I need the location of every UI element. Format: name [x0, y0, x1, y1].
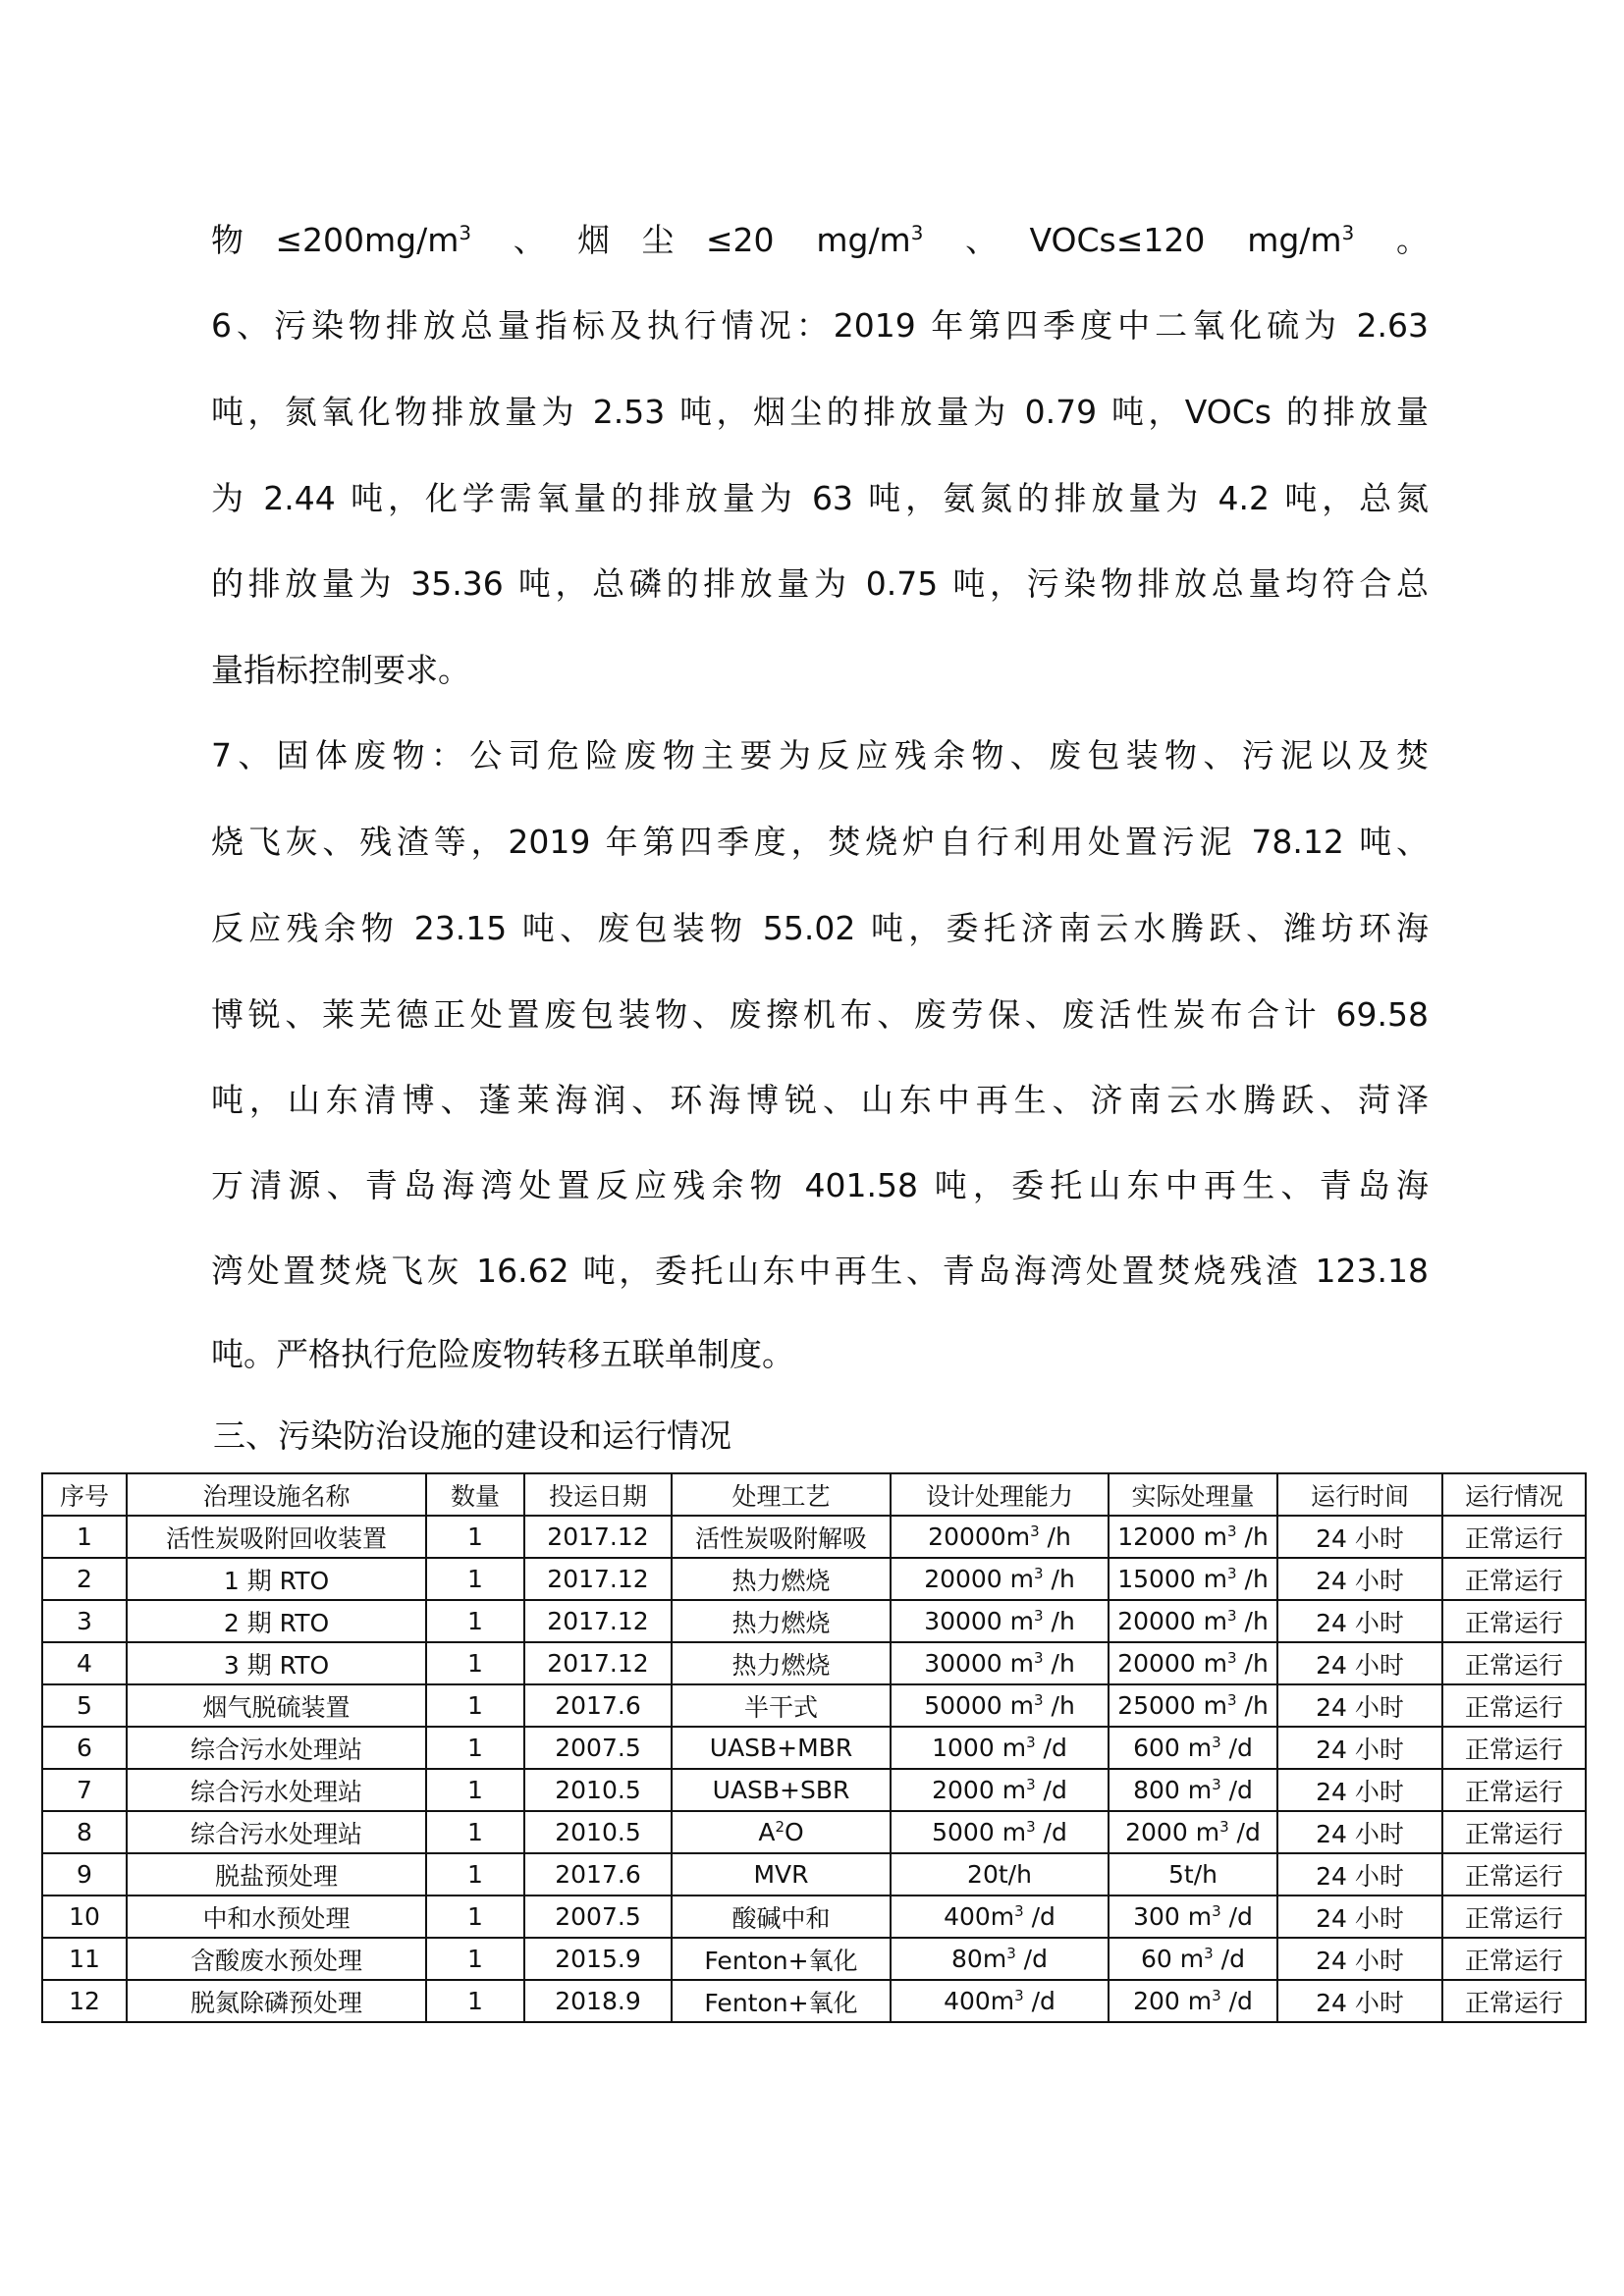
- cell-actual-throughput: 600 m3 /d: [1109, 1727, 1277, 1769]
- cell-quantity: 1: [426, 1642, 524, 1684]
- header-index: 序号: [42, 1473, 127, 1516]
- header-quantity: 数量: [426, 1473, 524, 1516]
- cell-process: Fenton+氧化: [672, 1938, 891, 1980]
- table-row: 6综合污水处理站12007.5UASB+MBR1000 m3 /d600 m3 …: [42, 1727, 1586, 1769]
- table-row: 7综合污水处理站12010.5UASB+SBR2000 m3 /d800 m3 …: [42, 1769, 1586, 1811]
- cell-quantity: 1: [426, 1769, 524, 1811]
- cell-status: 正常运行: [1442, 1558, 1586, 1600]
- header-commission-date: 投运日期: [524, 1473, 672, 1516]
- cell-status: 正常运行: [1442, 1853, 1586, 1896]
- table-row: 43 期 RTO12017.12热力燃烧30000 m3 /h20000 m3 …: [42, 1642, 1586, 1684]
- cell-status: 正常运行: [1442, 1727, 1586, 1769]
- cell-run-time: 24 小时: [1277, 1853, 1442, 1896]
- text-line: 为 2.44 吨，化学需氧量的排放量为 63 吨，氨氮的排放量为 4.2 吨，总…: [211, 469, 1429, 528]
- cell-process: MVR: [672, 1853, 891, 1896]
- cell-run-time: 24 小时: [1277, 1727, 1442, 1769]
- table-row: 5烟气脱硫装置12017.6半干式50000 m3 /h25000 m3 /h2…: [42, 1684, 1586, 1727]
- cell-process: 活性炭吸附解吸: [672, 1516, 891, 1558]
- cell-actual-throughput: 20000 m3 /h: [1109, 1600, 1277, 1642]
- cell-process: 酸碱中和: [672, 1896, 891, 1938]
- cell-commission-date: 2017.12: [524, 1516, 672, 1558]
- cell-process: UASB+SBR: [672, 1769, 891, 1811]
- cell-process: 热力燃烧: [672, 1558, 891, 1600]
- cell-commission-date: 2017.12: [524, 1558, 672, 1600]
- cell-commission-date: 2018.9: [524, 1980, 672, 2022]
- text-line: 的排放量为 35.36 吨，总磷的排放量为 0.75 吨，污染物排放总量均符合总: [211, 555, 1429, 614]
- cell-quantity: 1: [426, 1896, 524, 1938]
- table-row: 9脱盐预处理12017.6MVR20t/h5t/h24 小时正常运行: [42, 1853, 1586, 1896]
- cell-facility-name: 含酸废水预处理: [127, 1938, 426, 1980]
- table-row: 1活性炭吸附回收装置12017.12活性炭吸附解吸20000m3 /h12000…: [42, 1516, 1586, 1558]
- cell-quantity: 1: [426, 1811, 524, 1853]
- cell-design-capacity: 80m3 /d: [891, 1938, 1109, 1980]
- table-row: 21 期 RTO12017.12热力燃烧20000 m3 /h15000 m3 …: [42, 1558, 1586, 1600]
- facilities-table: 序号 治理设施名称 数量 投运日期 处理工艺 设计处理能力 实际处理量 运行时间…: [41, 1472, 1587, 2023]
- cell-status: 正常运行: [1442, 1684, 1586, 1727]
- cell-design-capacity: 400m3 /d: [891, 1896, 1109, 1938]
- cell-index: 8: [42, 1811, 127, 1853]
- text-line: 吨，氮氧化物排放量为 2.53 吨，烟尘的排放量为 0.79 吨，VOCs 的排…: [211, 383, 1429, 442]
- cell-facility-name: 活性炭吸附回收装置: [127, 1516, 426, 1558]
- cell-run-time: 24 小时: [1277, 1642, 1442, 1684]
- text-line: 量指标控制要求。: [211, 641, 1429, 700]
- table-row: 11含酸废水预处理12015.9Fenton+氧化80m3 /d60 m3 /d…: [42, 1938, 1586, 1980]
- text-line: 吨，山东清博、蓬莱海润、环海博锐、山东中再生、济南云水腾跃、菏泽: [211, 1071, 1429, 1130]
- cell-index: 10: [42, 1896, 127, 1938]
- cell-run-time: 24 小时: [1277, 1896, 1442, 1938]
- cell-status: 正常运行: [1442, 1642, 1586, 1684]
- cell-design-capacity: 20000 m3 /h: [891, 1558, 1109, 1600]
- table-header-row: 序号 治理设施名称 数量 投运日期 处理工艺 设计处理能力 实际处理量 运行时间…: [42, 1473, 1586, 1516]
- header-run-time: 运行时间: [1277, 1473, 1442, 1516]
- cell-actual-throughput: 20000 m3 /h: [1109, 1642, 1277, 1684]
- cell-quantity: 1: [426, 1684, 524, 1727]
- cell-status: 正常运行: [1442, 1896, 1586, 1938]
- text-line: 反应残余物 23.15 吨、废包装物 55.02 吨，委托济南云水腾跃、潍坊环海: [211, 899, 1429, 958]
- cell-facility-name: 2 期 RTO: [127, 1600, 426, 1642]
- cell-index: 1: [42, 1516, 127, 1558]
- header-process: 处理工艺: [672, 1473, 891, 1516]
- cell-process: UASB+MBR: [672, 1727, 891, 1769]
- cell-actual-throughput: 5t/h: [1109, 1853, 1277, 1896]
- cell-actual-throughput: 15000 m3 /h: [1109, 1558, 1277, 1600]
- text-line: 烧飞灰、残渣等，2019 年第四季度，焚烧炉自行利用处置污泥 78.12 吨、: [211, 813, 1429, 872]
- header-actual-throughput: 实际处理量: [1109, 1473, 1277, 1516]
- text-line: 吨。严格执行危险废物转移五联单制度。: [211, 1325, 1429, 1384]
- cell-run-time: 24 小时: [1277, 1811, 1442, 1853]
- cell-index: 9: [42, 1853, 127, 1896]
- text-line: 湾处置焚烧飞灰 16.62 吨，委托山东中再生、青岛海湾处置焚烧残渣 123.1…: [211, 1242, 1429, 1301]
- cell-facility-name: 综合污水处理站: [127, 1811, 426, 1853]
- cell-commission-date: 2010.5: [524, 1811, 672, 1853]
- cell-status: 正常运行: [1442, 1516, 1586, 1558]
- cell-quantity: 1: [426, 1558, 524, 1600]
- cell-status: 正常运行: [1442, 1600, 1586, 1642]
- cell-actual-throughput: 800 m3 /d: [1109, 1769, 1277, 1811]
- cell-index: 4: [42, 1642, 127, 1684]
- text-line: 博锐、莱芜德正处置废包装物、废擦机布、废劳保、废活性炭布合计 69.58: [211, 986, 1429, 1044]
- cell-design-capacity: 30000 m3 /h: [891, 1642, 1109, 1684]
- text-line: 6、污染物排放总量指标及执行情况：2019 年第四季度中二氧化硫为 2.63: [211, 296, 1429, 355]
- cell-run-time: 24 小时: [1277, 1558, 1442, 1600]
- cell-design-capacity: 1000 m3 /d: [891, 1727, 1109, 1769]
- cell-facility-name: 1 期 RTO: [127, 1558, 426, 1600]
- cell-commission-date: 2017.12: [524, 1600, 672, 1642]
- cell-quantity: 1: [426, 1853, 524, 1896]
- cell-facility-name: 脱氮除磷预处理: [127, 1980, 426, 2022]
- cell-run-time: 24 小时: [1277, 1938, 1442, 1980]
- cell-commission-date: 2017.12: [524, 1642, 672, 1684]
- cell-quantity: 1: [426, 1516, 524, 1558]
- cell-run-time: 24 小时: [1277, 1600, 1442, 1642]
- cell-run-time: 24 小时: [1277, 1769, 1442, 1811]
- header-status: 运行情况: [1442, 1473, 1586, 1516]
- cell-actual-throughput: 2000 m3 /d: [1109, 1811, 1277, 1853]
- cell-facility-name: 3 期 RTO: [127, 1642, 426, 1684]
- cell-index: 5: [42, 1684, 127, 1727]
- cell-commission-date: 2017.6: [524, 1853, 672, 1896]
- cell-run-time: 24 小时: [1277, 1516, 1442, 1558]
- cell-status: 正常运行: [1442, 1938, 1586, 1980]
- cell-index: 6: [42, 1727, 127, 1769]
- cell-facility-name: 脱盐预处理: [127, 1853, 426, 1896]
- cell-process: 半干式: [672, 1684, 891, 1727]
- section-heading: 三、污染防治设施的建设和运行情况: [213, 1407, 1431, 1466]
- cell-quantity: 1: [426, 1600, 524, 1642]
- cell-status: 正常运行: [1442, 1811, 1586, 1853]
- table-row: 10中和水预处理12007.5酸碱中和400m3 /d300 m3 /d24 小…: [42, 1896, 1586, 1938]
- cell-index: 12: [42, 1980, 127, 2022]
- cell-actual-throughput: 60 m3 /d: [1109, 1938, 1277, 1980]
- table-row: 12脱氮除磷预处理12018.9Fenton+氧化400m3 /d200 m3 …: [42, 1980, 1586, 2022]
- cell-commission-date: 2007.5: [524, 1727, 672, 1769]
- cell-design-capacity: 20000m3 /h: [891, 1516, 1109, 1558]
- header-facility-name: 治理设施名称: [127, 1473, 426, 1516]
- cell-status: 正常运行: [1442, 1769, 1586, 1811]
- cell-design-capacity: 20t/h: [891, 1853, 1109, 1896]
- cell-process: 热力燃烧: [672, 1642, 891, 1684]
- cell-commission-date: 2010.5: [524, 1769, 672, 1811]
- cell-actual-throughput: 12000 m3 /h: [1109, 1516, 1277, 1558]
- cell-status: 正常运行: [1442, 1980, 1586, 2022]
- cell-design-capacity: 2000 m3 /d: [891, 1769, 1109, 1811]
- cell-index: 3: [42, 1600, 127, 1642]
- cell-index: 7: [42, 1769, 127, 1811]
- cell-process: 热力燃烧: [672, 1600, 891, 1642]
- cell-run-time: 24 小时: [1277, 1684, 1442, 1727]
- cell-actual-throughput: 300 m3 /d: [1109, 1896, 1277, 1938]
- cell-facility-name: 中和水预处理: [127, 1896, 426, 1938]
- cell-run-time: 24 小时: [1277, 1980, 1442, 2022]
- cell-design-capacity: 50000 m3 /h: [891, 1684, 1109, 1727]
- table-row: 32 期 RTO12017.12热力燃烧30000 m3 /h20000 m3 …: [42, 1600, 1586, 1642]
- cell-index: 2: [42, 1558, 127, 1600]
- cell-quantity: 1: [426, 1980, 524, 2022]
- cell-quantity: 1: [426, 1938, 524, 1980]
- cell-commission-date: 2017.6: [524, 1684, 672, 1727]
- cell-quantity: 1: [426, 1727, 524, 1769]
- cell-commission-date: 2007.5: [524, 1896, 672, 1938]
- table-row: 8综合污水处理站12010.5A2O5000 m3 /d2000 m3 /d24…: [42, 1811, 1586, 1853]
- cell-facility-name: 烟气脱硫装置: [127, 1684, 426, 1727]
- cell-index: 11: [42, 1938, 127, 1980]
- cell-design-capacity: 5000 m3 /d: [891, 1811, 1109, 1853]
- cell-actual-throughput: 25000 m3 /h: [1109, 1684, 1277, 1727]
- cell-process: A2O: [672, 1811, 891, 1853]
- cell-design-capacity: 400m3 /d: [891, 1980, 1109, 2022]
- cell-design-capacity: 30000 m3 /h: [891, 1600, 1109, 1642]
- cell-facility-name: 综合污水处理站: [127, 1769, 426, 1811]
- cell-facility-name: 综合污水处理站: [127, 1727, 426, 1769]
- text-line: 物≤200mg/m3 、烟尘≤20 mg/m3 、VOCs≤120 mg/m3 …: [211, 211, 1429, 270]
- cell-actual-throughput: 200 m3 /d: [1109, 1980, 1277, 2022]
- cell-commission-date: 2015.9: [524, 1938, 672, 1980]
- text-line: 7、固体废物：公司危险废物主要为反应残余物、废包装物、污泥以及焚: [211, 726, 1429, 785]
- text-line: 万清源、青岛海湾处置反应残余物 401.58 吨，委托山东中再生、青岛海: [211, 1156, 1429, 1215]
- header-design-capacity: 设计处理能力: [891, 1473, 1109, 1516]
- cell-process: Fenton+氧化: [672, 1980, 891, 2022]
